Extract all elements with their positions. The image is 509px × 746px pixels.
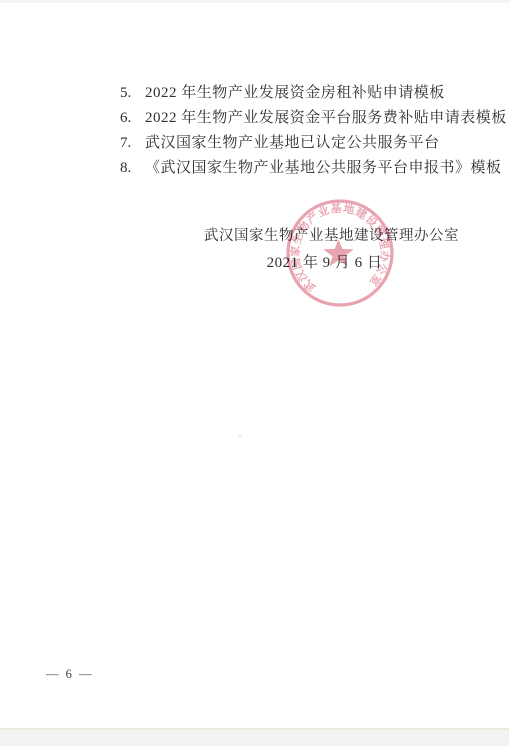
list-item-number: 8.: [120, 156, 145, 181]
signature-date: 2021 年 9 月 6 日: [204, 255, 459, 272]
list-item-text: 2022 年生物产业发展资金房租补贴申请模板: [145, 81, 445, 106]
scan-top-edge: [0, 0, 509, 3]
list-item: 8. 《武汉国家生物产业基地公共服务平台申报书》模板: [120, 156, 495, 181]
scan-speck: [238, 434, 242, 438]
list-item-number: 7.: [120, 131, 145, 156]
list-item-text: 2022 年生物产业发展资金平台服务费补贴申请表模板: [145, 106, 507, 131]
page-number: — 6 —: [46, 667, 94, 682]
attachment-list: 5. 2022 年生物产业发展资金房租补贴申请模板 6. 2022 年生物产业发…: [120, 81, 495, 181]
document-page: 5. 2022 年生物产业发展资金房租补贴申请模板 6. 2022 年生物产业发…: [0, 0, 509, 746]
list-item: 7. 武汉国家生物产业基地已认定公共服务平台: [120, 131, 495, 156]
signature-block: 武汉国家生物产业基地建设管理办公室 2021 年 9 月 6 日: [204, 228, 459, 272]
list-item-text: 《武汉国家生物产业基地公共服务平台申报书》模板: [145, 156, 502, 181]
scan-bottom-edge: [0, 728, 509, 746]
list-item-text: 武汉国家生物产业基地已认定公共服务平台: [145, 131, 440, 156]
list-item: 5. 2022 年生物产业发展资金房租补贴申请模板: [120, 81, 495, 106]
list-item-number: 5.: [120, 81, 145, 106]
list-item: 6. 2022 年生物产业发展资金平台服务费补贴申请表模板: [120, 106, 495, 131]
signature-office: 武汉国家生物产业基地建设管理办公室: [204, 228, 459, 245]
list-item-number: 6.: [120, 106, 145, 131]
